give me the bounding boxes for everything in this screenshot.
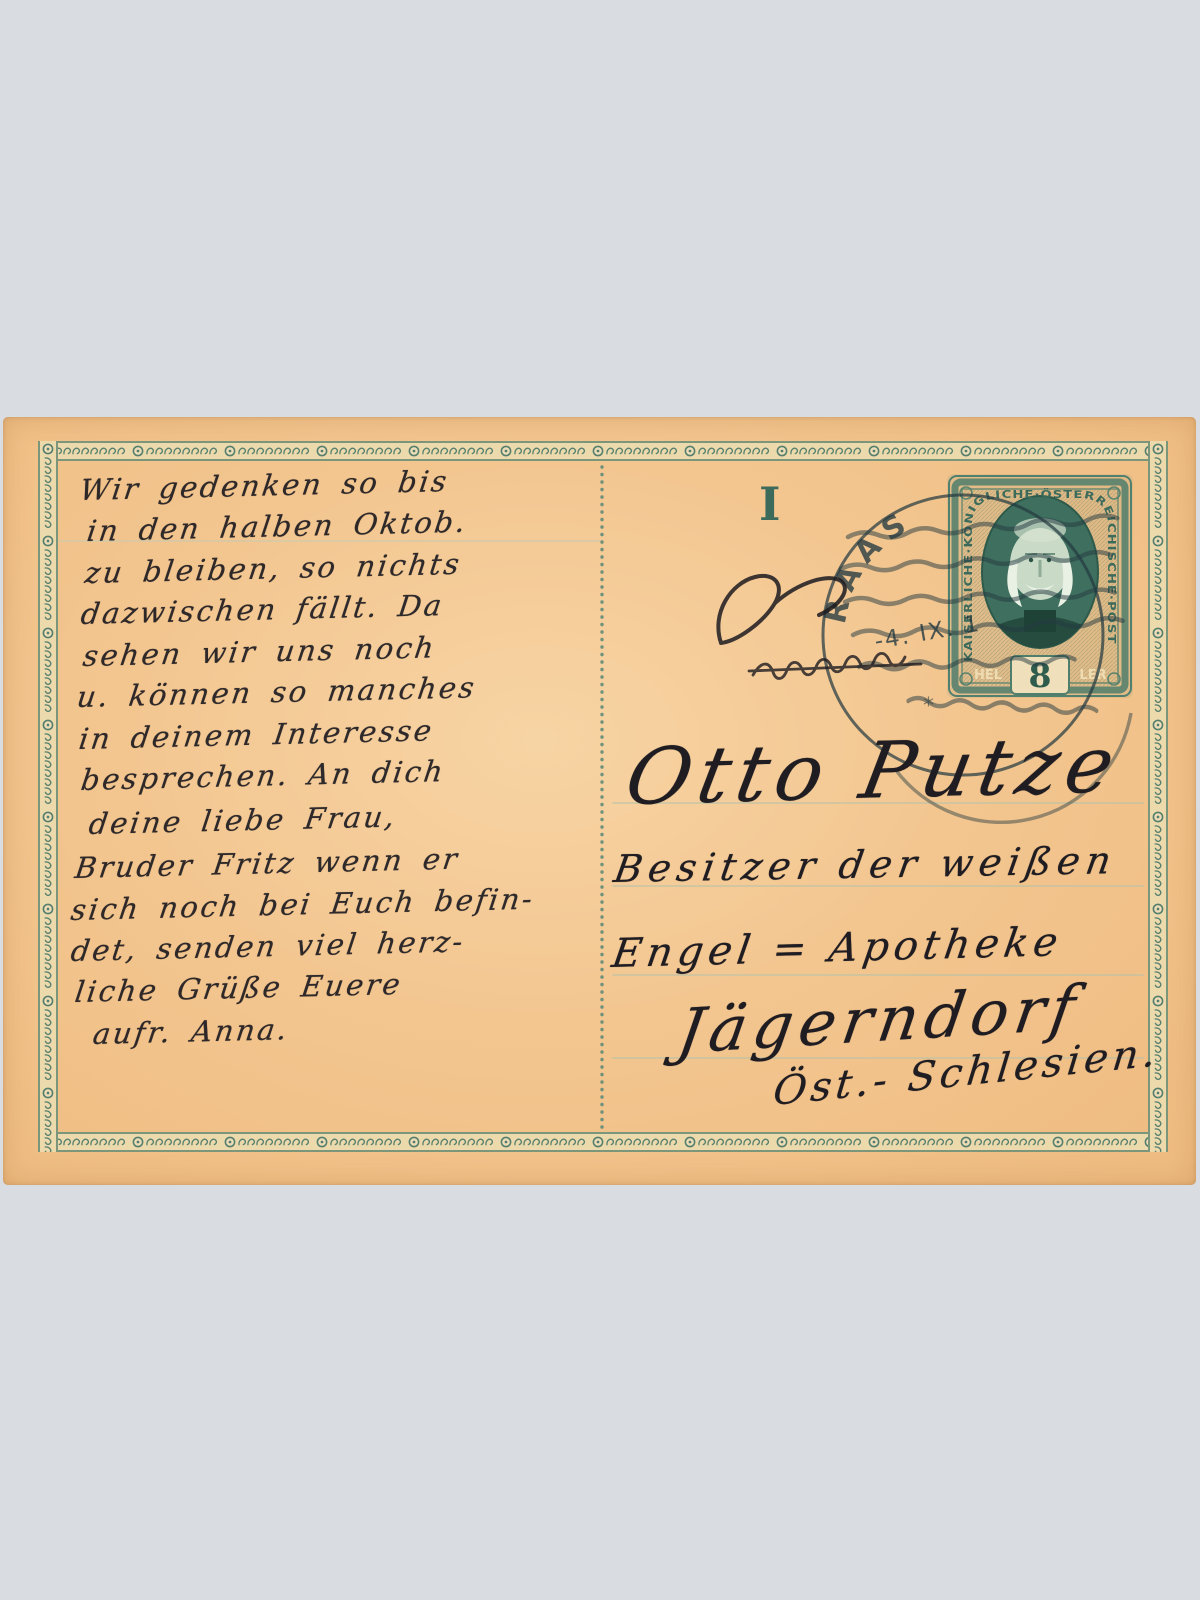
handwriting-line: det, senden viel herz- — [69, 924, 467, 968]
handwriting-line: zu bleiben, so nichts — [83, 547, 464, 590]
handwriting-line: deine liebe Frau, — [87, 800, 399, 841]
section-mark: I — [759, 477, 781, 531]
handwriting-line: sich noch bei Euch befin- — [69, 882, 537, 927]
postcard: KAISERLICHE·KÖNIGLICHE·ÖSTERREICHISCHE·P… — [3, 417, 1196, 1185]
handwriting-line: aufr. Anna. — [91, 1012, 291, 1051]
recipient-name: Otto Putze — [619, 720, 1128, 823]
scan-background: KAISERLICHE·KÖNIGLICHE·ÖSTERREICHISCHE·P… — [0, 0, 1200, 1600]
handwriting-line: sehen wir uns noch — [81, 630, 438, 673]
recipient-description: Besitzer der weißen — [611, 838, 1120, 891]
handwriting-line: Wir gedenken so bis — [78, 464, 451, 507]
handwriting-line: liche Grüße Euere — [73, 967, 405, 1009]
handwriting-line: besprechen. An dich — [79, 754, 447, 797]
recipient-business: Engel = Apotheke — [609, 919, 1066, 977]
handwriting-line: dazwischen fällt. Da — [79, 588, 446, 631]
handwriting-line: in den halben Oktob. — [85, 505, 470, 548]
handwriting-line: u. können so manches — [75, 670, 479, 714]
handwriting-line: in deinem Interesse — [77, 713, 436, 756]
handwriting-line: Bruder Fritz wenn er — [73, 842, 462, 885]
handwriting-layer: I Wir gedenken so bis in den halben Okto… — [3, 417, 1196, 1185]
